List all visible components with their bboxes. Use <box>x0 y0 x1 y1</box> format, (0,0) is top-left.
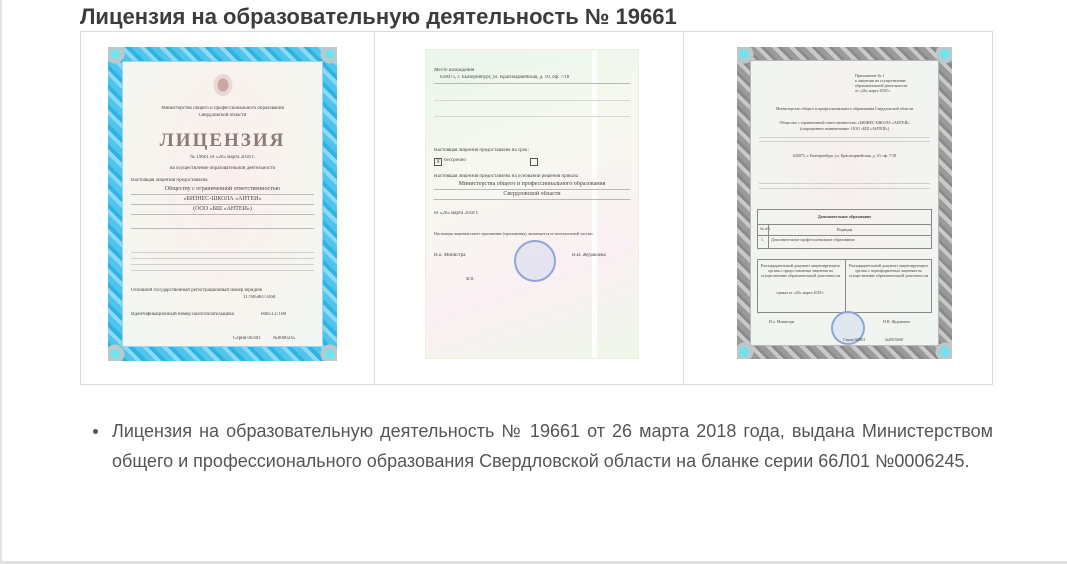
holder-name: Обществу с ограниченной ответственностью <box>123 186 322 192</box>
signer-name: Н.В. Журавлева <box>883 319 938 324</box>
ogrn-label: Основной государственный регистрационный… <box>131 288 262 293</box>
appendix-org-short: (сокращенное наименование: ООО «БШ «АНТЕ… <box>751 126 938 131</box>
gallery-item-license-front[interactable]: Министерство общего и профессионального … <box>81 32 375 384</box>
appendix-date: от «26» марта 2018 г. <box>855 88 938 93</box>
page-container: Лицензия на образовательную деятельность… <box>0 0 1067 564</box>
term-value: бессрочно <box>444 158 638 163</box>
license-description: Лицензия на образовательную деятельность… <box>112 416 993 476</box>
appendix-address: 620075, г. Екатеринбург, ул. Красноармей… <box>751 153 938 158</box>
appendix-note: Настоящая лицензия имеет приложение (при… <box>434 231 638 236</box>
holder-short-name: (ООО «БШ «АНТЕЙ») <box>123 206 322 212</box>
appendix-authority: Министерство общего и профессионального … <box>751 106 938 111</box>
license-appendix-image[interactable]: Приложение № 1 к лицензии на осуществлен… <box>737 47 952 359</box>
license-number-line: № 19661 от «26» марта 2018 г. <box>123 155 322 160</box>
term-label: Настоящая лицензия предоставлена на срок… <box>434 148 638 153</box>
blank-number: №0006245 <box>273 336 322 341</box>
authority-text: Министерство общего и профессионального … <box>123 106 322 111</box>
license-purpose: на осуществление образовательной деятель… <box>123 166 322 171</box>
checkbox-empty-icon <box>530 158 538 166</box>
description-list: Лицензия на образовательную деятельность… <box>112 416 993 476</box>
authority-region: Свердловской области <box>123 113 322 118</box>
description-text: Лицензия на образовательную деятельность… <box>112 421 993 471</box>
basis-date: от «26» марта 2018 г. <box>434 211 638 216</box>
license-front-image[interactable]: Министерство общего и профессионального … <box>108 47 337 361</box>
ogrn-value: 1176658073360 <box>243 295 322 300</box>
address-label: Место нахождения <box>434 68 638 73</box>
basis-region: Свердловской области <box>426 191 638 197</box>
doc-left-text: Распорядительный документ лицензирующего… <box>760 263 841 278</box>
column-subtypes: Подвиды <box>758 227 931 232</box>
checkbox-checked-icon: X <box>434 158 442 166</box>
signer-name: Н.В. Журавлева <box>572 253 638 258</box>
seal-place-label: М.П. <box>466 276 638 281</box>
holder-name-2: «БИЗНЕС-ШКОЛА «АНТЕЙ» <box>123 196 322 202</box>
bullet-icon <box>93 429 98 434</box>
inn-value: 6685137108 <box>261 312 322 317</box>
gallery-item-license-appendix[interactable]: Приложение № 1 к лицензии на осуществлен… <box>684 32 992 384</box>
doc-left-order: приказ от «26» марта 2018 г. <box>760 290 841 295</box>
license-gallery: Министерство общего и профессионального … <box>80 31 993 385</box>
basis-label: Настоящая лицензия предоставлена на осно… <box>434 174 638 179</box>
list-item: Лицензия на образовательную деятельность… <box>112 416 993 476</box>
section-title: Дополнительное образование <box>758 214 931 219</box>
holder-label: Настоящая лицензия предоставлена <box>131 178 322 183</box>
address-value: 620075, г. Екатеринбург, ул. Красноармей… <box>440 75 638 80</box>
gallery-item-license-back[interactable]: Место нахождения 620075, г. Екатеринбург… <box>375 32 684 384</box>
appendix-org: Общество с ограниченной ответственностью… <box>751 120 938 125</box>
inn-label: Идентификационный номер налогоплательщик… <box>131 312 242 317</box>
license-heading: ЛИЦЕНЗИЯ <box>123 130 322 152</box>
license-back-image[interactable]: Место нахождения 620075, г. Екатеринбург… <box>425 49 639 359</box>
basis-authority: Министерства общего и профессионального … <box>426 181 638 187</box>
page-title: Лицензия на образовательную деятельность… <box>80 4 677 30</box>
coat-of-arms-icon <box>212 72 234 98</box>
doc-right-text: Распорядительный документ лицензирующего… <box>848 263 929 278</box>
blank-number: №0015668 <box>885 337 938 342</box>
row-subtype: Дополнительное профессиональное образова… <box>771 237 931 242</box>
